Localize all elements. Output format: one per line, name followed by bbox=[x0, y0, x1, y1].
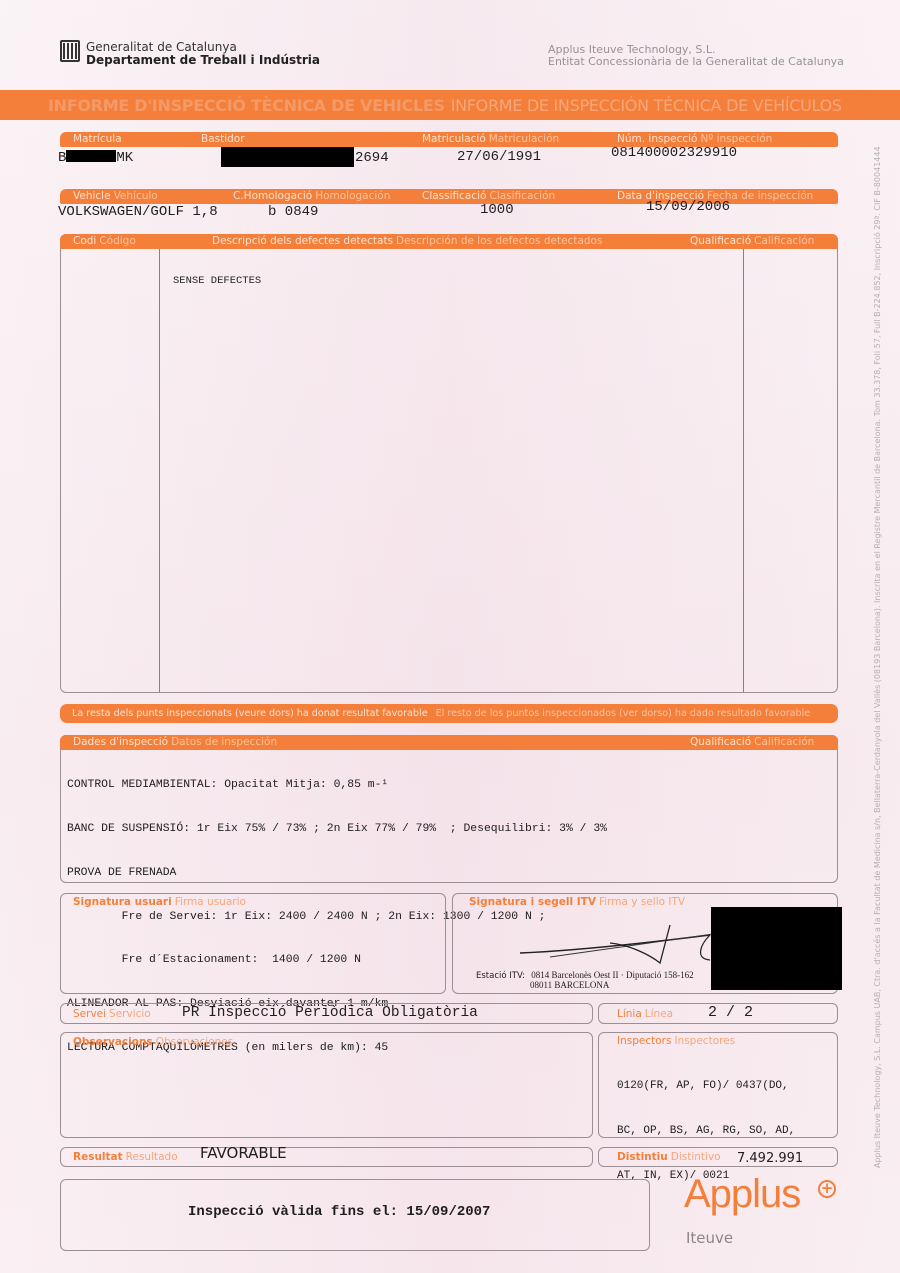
column-divider bbox=[159, 249, 160, 692]
label-resultat: ResultatResultado bbox=[73, 1151, 178, 1163]
document-title: INFORME D'INSPECCIÓ TÈCNICA DE VEHICLES … bbox=[0, 90, 900, 120]
rest-notice: La resta dels punts inspeccionats (veure… bbox=[72, 708, 810, 719]
redacted-block bbox=[66, 150, 116, 162]
vin-suffix: 2694 bbox=[355, 150, 389, 166]
validity-text: Inspecció vàlida fins el: 15/09/2007 bbox=[188, 1204, 490, 1220]
inspection-date: 15/09/2006 bbox=[646, 199, 730, 215]
inspector-line: 0120(FR, AP, FO)/ 0437(DO, bbox=[617, 1079, 795, 1094]
label-distintiu: DistintiuDistintivo bbox=[617, 1151, 721, 1163]
distinctive-value: 7.492.991 bbox=[737, 1151, 803, 1166]
label-dades-inspeccio: Dades d'inspeccióDatos de inspección bbox=[73, 736, 277, 748]
station-city: 08011 BARCELONA bbox=[530, 980, 609, 990]
user-signature-box[interactable] bbox=[60, 893, 446, 994]
label-linia: LíniaLínea bbox=[617, 1008, 673, 1020]
redacted-stamp bbox=[711, 907, 842, 990]
label-itv-signature: Signatura i segell ITVFirma y sello ITV bbox=[469, 896, 685, 908]
legal-side-text: Applus Iteuve Technology, S.L. Campus UA… bbox=[873, 146, 882, 1168]
plate-value: BMK bbox=[58, 150, 133, 166]
line-value: 2 / 2 bbox=[708, 1004, 753, 1021]
col-codi: CodiCódigo bbox=[73, 235, 136, 247]
signature-scribble-icon bbox=[510, 915, 730, 975]
label-classificacio: ClassificacióClasificación bbox=[422, 190, 555, 202]
gov-line-2: Departament de Treball i Indústria bbox=[86, 53, 320, 67]
label-observacions: ObservacionsObservaciones bbox=[73, 1036, 233, 1048]
company-line-2: Entitat Concessionària de la Generalitat… bbox=[548, 55, 844, 68]
service-value: PR Inspecció Periòdica Obligatòria bbox=[182, 1005, 478, 1021]
label-matricula: Matrícula bbox=[73, 133, 122, 145]
applus-logo: Applus bbox=[684, 1172, 800, 1217]
classification-value: 1000 bbox=[480, 202, 514, 218]
defects-table bbox=[60, 234, 838, 693]
defect-row-description: SENSE DEFECTES bbox=[173, 275, 261, 287]
registration-date: 27/06/1991 bbox=[457, 149, 541, 165]
inspector-line: BC, OP, BS, AG, RG, SO, AD, bbox=[617, 1124, 795, 1139]
gov-line-1: Generalitat de Catalunya bbox=[86, 40, 237, 54]
data-line: CONTROL MEDIAMBIENTAL: Opacitat Mitja: 0… bbox=[67, 778, 607, 793]
brand-sub: Iteuve bbox=[686, 1229, 733, 1247]
col-qualification: QualificacióCalificación bbox=[690, 235, 814, 247]
vehicle-value: VOLKSWAGEN/GOLF 1,8 bbox=[58, 204, 218, 220]
label-num-inspeccio: Núm. inspeccióNº inspección bbox=[617, 133, 772, 145]
label-qualificacio-2: QualificacióCalificación bbox=[690, 736, 814, 748]
title-ca: INFORME D'INSPECCIÓ TÈCNICA DE VEHICLES bbox=[48, 96, 445, 115]
label-bastidor: Bastidor bbox=[201, 133, 245, 145]
label-homologacio: C.HomologacióHomologación bbox=[233, 190, 390, 202]
column-divider bbox=[743, 249, 744, 692]
homologation-value: b 0849 bbox=[268, 204, 318, 220]
result-value: FAVORABLE bbox=[200, 1144, 287, 1162]
col-description: Descripció dels defectes detectatsDescri… bbox=[212, 235, 602, 247]
title-es: INFORME DE INSPECCIÓN TÉCNICA DE VEHÍCUL… bbox=[451, 96, 842, 115]
inspection-number: 081400002329910 bbox=[611, 145, 737, 161]
generalitat-logo-icon bbox=[60, 40, 80, 62]
label-servei: ServeiServicio bbox=[73, 1008, 151, 1020]
label-vehicle: VehicleVehículo bbox=[73, 190, 158, 202]
label-user-signature: Signatura usuariFirma usuario bbox=[73, 896, 246, 908]
data-line: PROVA DE FRENADA bbox=[67, 866, 607, 881]
data-line: BANC DE SUSPENSIÓ: 1r Eix 75% / 73% ; 2n… bbox=[67, 822, 607, 837]
label-inspectors: InspectorsInspectores bbox=[617, 1035, 735, 1047]
redacted-vin bbox=[221, 147, 354, 167]
plus-circle-icon: + bbox=[818, 1180, 836, 1198]
label-matriculacio: MatriculacióMatriculación bbox=[422, 133, 559, 145]
